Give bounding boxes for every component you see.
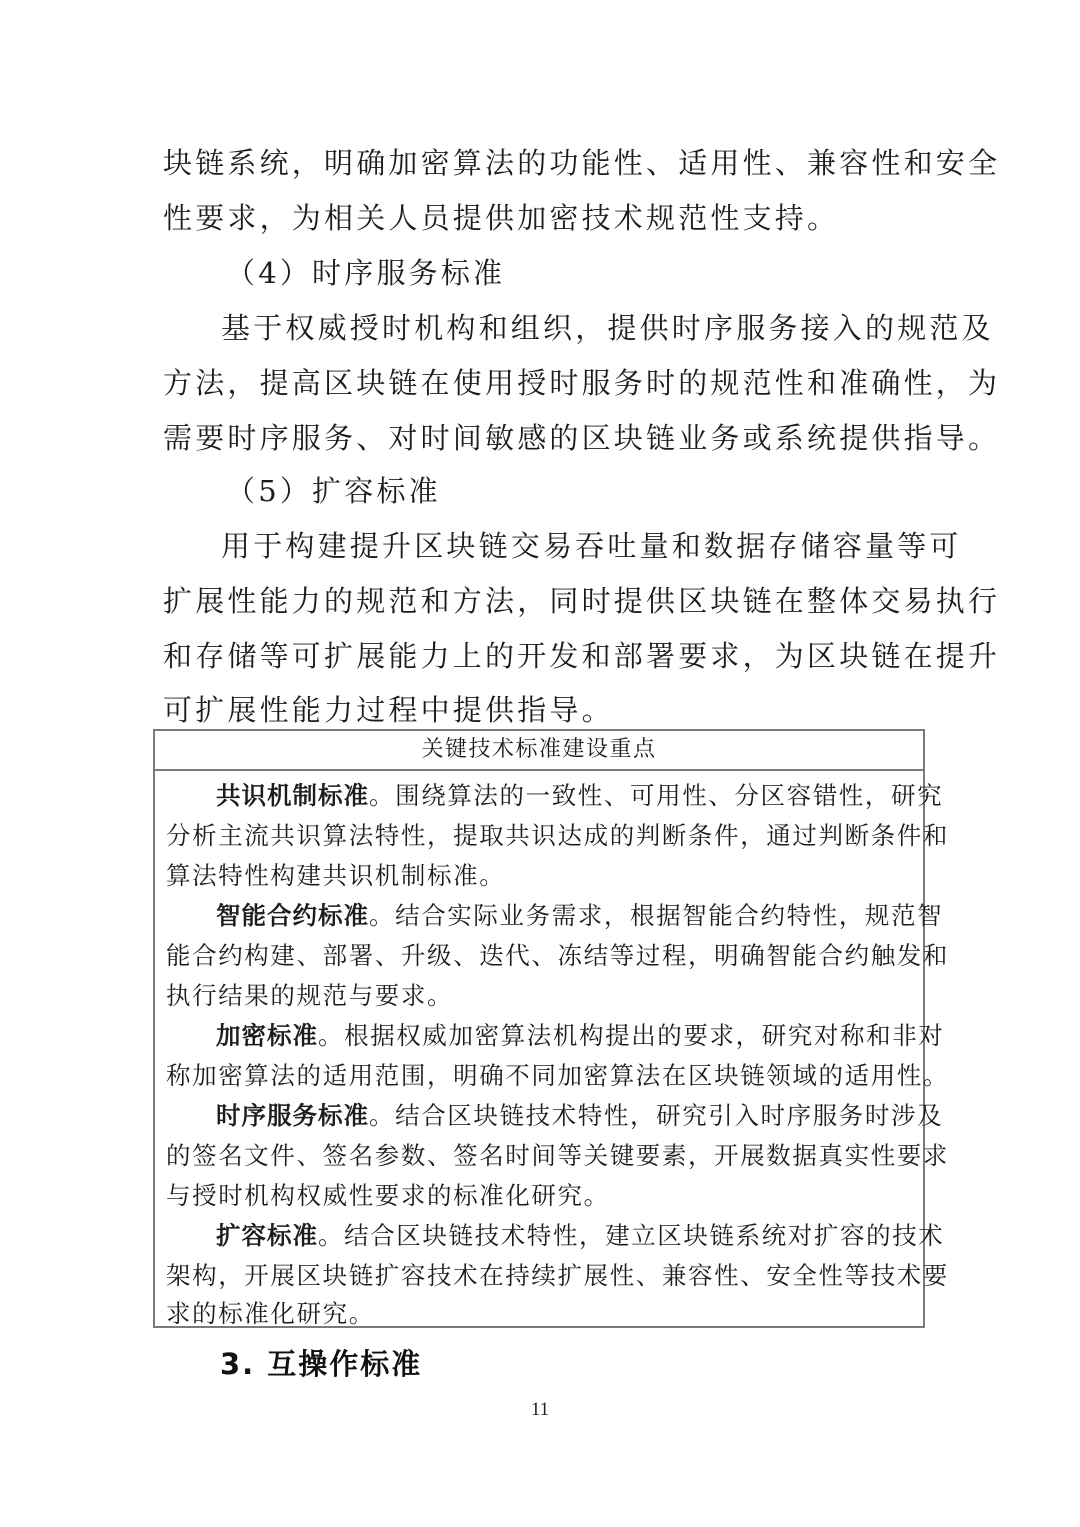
box-title: 关键技术标准建设重点 [155,731,923,771]
box-item-line: 称加密算法的适用范围，明确不同加密算法在区块链领域的适用性。 [166,1061,949,1091]
subsection-heading-5: （5）扩容标准 [226,473,441,509]
box-item-text: 。结合区块链技术特性，建立区块链系统对扩容的技术 [318,1221,944,1250]
box-item-term: 智能合约标准 [216,901,369,930]
box-item-line: 能合约构建、部署、升级、迭代、冻结等过程，明确智能合约触发和 [166,941,949,971]
box-item-term: 共识机制标准 [216,781,369,810]
box-item-text: 。结合区块链技术特性，研究引入时序服务时涉及 [369,1101,943,1130]
box-item-text: 。结合实际业务需求，根据智能合约特性，规范智 [369,901,943,930]
paragraph-line: 用于构建提升区块链交易吞吐量和数据存储容量等可 [221,528,962,564]
subsection-heading-4: （4）时序服务标准 [226,255,505,291]
box-item-scaling: 扩容标准。结合区块链技术特性，建立区块链系统对扩容的技术 [216,1221,944,1251]
box-item-line: 求的标准化研究。 [166,1299,375,1329]
paragraph-line: 可扩展性能力过程中提供指导。 [163,692,614,728]
paragraph-line: 性要求，为相关人员提供加密技术规范性支持。 [163,200,839,236]
box-item-term: 扩容标准 [216,1221,318,1250]
paragraph-line: 块链系统，明确加密算法的功能性、适用性、兼容性和安全 [163,145,1000,181]
box-item-line: 的签名文件、签名参数、签名时间等关键要素，开展数据真实性要求 [166,1141,949,1171]
box-item-text: 。根据权威加密算法机构提出的要求，研究对称和非对 [318,1021,944,1050]
document-page: 块链系统，明确加密算法的功能性、适用性、兼容性和安全 性要求，为相关人员提供加密… [0,0,1080,1527]
box-item-line: 分析主流共识算法特性，提取共识达成的判断条件，通过判断条件和 [166,821,949,851]
box-item-term: 加密标准 [216,1021,318,1050]
paragraph-line: 和存储等可扩展能力上的开发和部署要求，为区块链在提升 [163,638,1000,674]
section-heading: 3. 互操作标准 [220,1346,422,1382]
box-item-encryption: 加密标准。根据权威加密算法机构提出的要求，研究对称和非对 [216,1021,944,1051]
box-item-consensus: 共识机制标准。围绕算法的一致性、可用性、分区容错性，研究 [216,781,943,811]
page-number: 11 [0,1398,1080,1422]
box-item-timing-service: 时序服务标准。结合区块链技术特性，研究引入时序服务时涉及 [216,1101,943,1131]
box-item-line: 执行结果的规范与要求。 [166,981,453,1011]
box-item-line: 与授时机构权威性要求的标准化研究。 [166,1181,610,1211]
paragraph-line: 需要时序服务、对时间敏感的区块链业务或系统提供指导。 [163,420,1000,456]
box-item-line: 架构，开展区块链扩容技术在持续扩展性、兼容性、安全性等技术要 [166,1261,949,1291]
paragraph-line: 基于权威授时机构和组织，提供时序服务接入的规范及 [221,310,994,346]
box-item-term: 时序服务标准 [216,1101,369,1130]
box-item-text: 。围绕算法的一致性、可用性、分区容错性，研究 [369,781,943,810]
paragraph-line: 扩展性能力的规范和方法，同时提供区块链在整体交易执行 [163,583,1000,619]
box-item-line: 算法特性构建共识机制标准。 [166,861,505,891]
key-standards-box: 关键技术标准建设重点 共识机制标准。围绕算法的一致性、可用性、分区容错性，研究 … [153,729,925,1328]
box-item-smart-contract: 智能合约标准。结合实际业务需求，根据智能合约特性，规范智 [216,901,943,931]
paragraph-line: 方法，提高区块链在使用授时服务时的规范性和准确性，为 [163,365,1000,401]
